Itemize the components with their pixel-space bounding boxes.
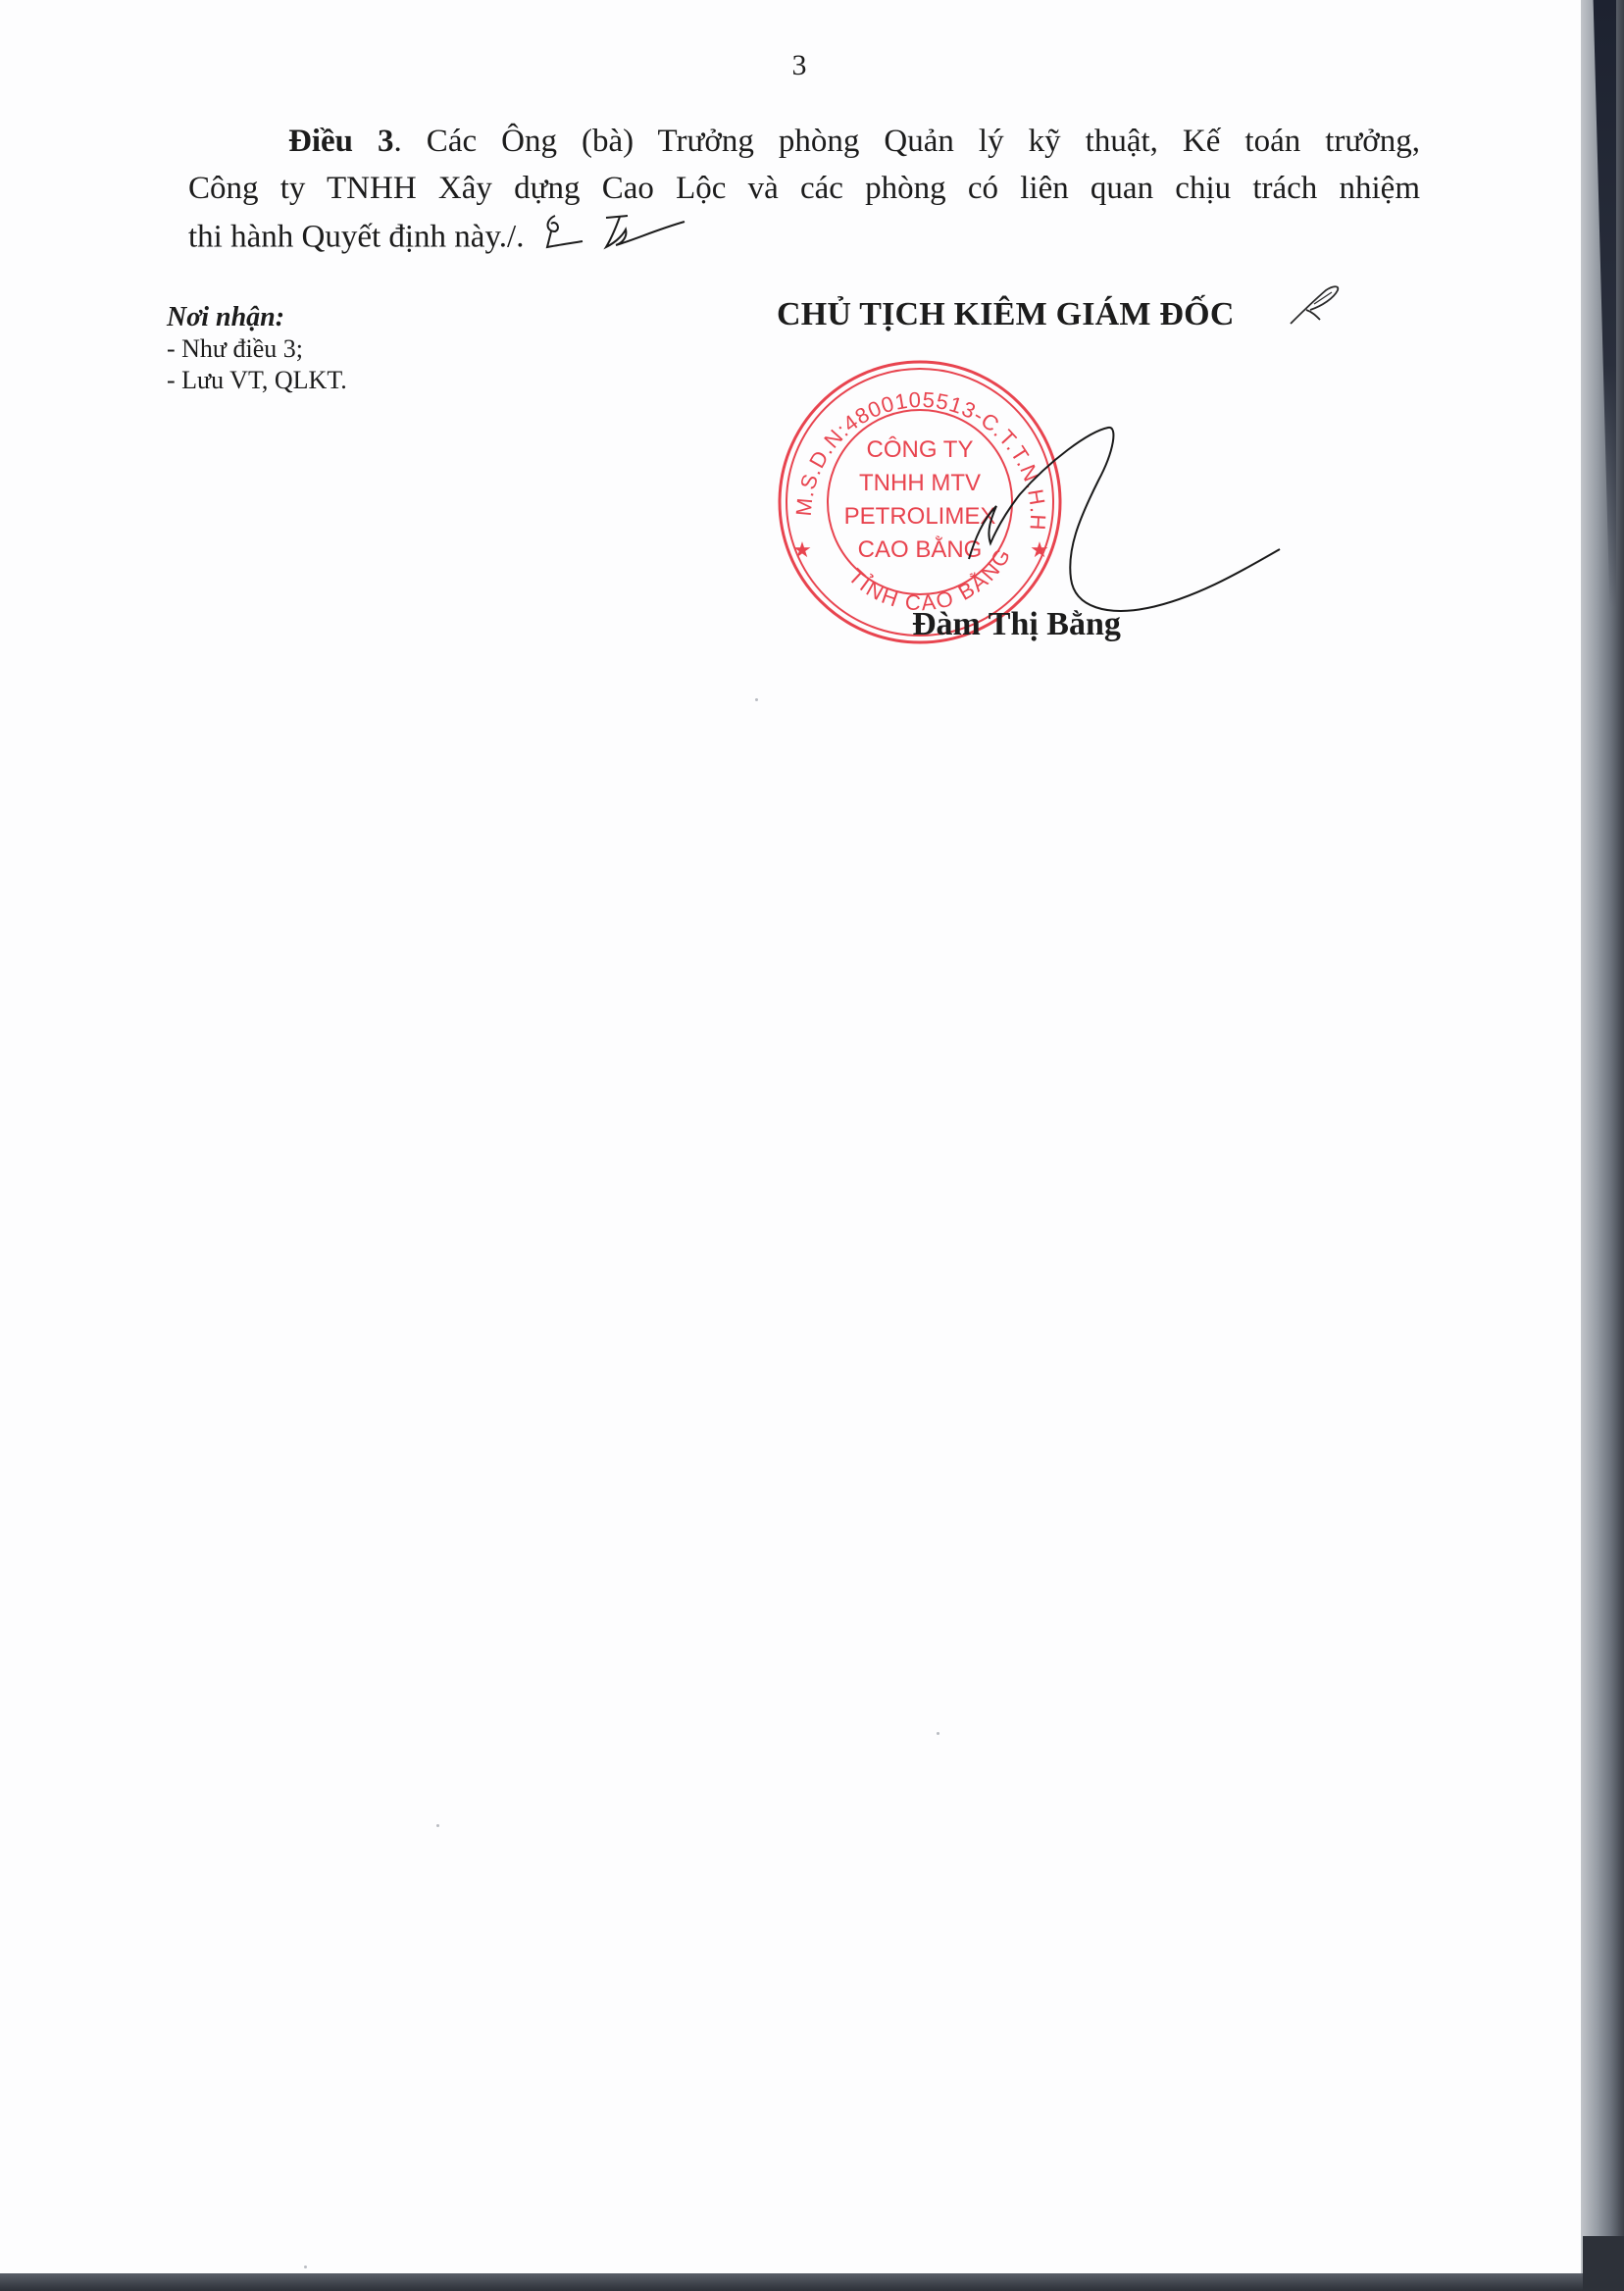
quill-initial-icon [1287, 280, 1345, 334]
scanner-edge-right [1581, 0, 1624, 2291]
signer-name: Đàm Thị Bằng [912, 606, 1121, 643]
article-label: Điều 3 [288, 124, 394, 159]
article-line-2: Công ty TNHH Xây dựng Cao Lộc và các phò… [188, 165, 1420, 212]
document-page: 3 Điều 3. Các Ông (bà) Trưởng phòng Quản… [0, 0, 1581, 2273]
scan-speck [304, 2266, 307, 2268]
article-text-1: . Các Ông (bà) Trưởng phòng Quản lý kỹ t… [394, 124, 1420, 159]
recipient-item: - Lưu VT, QLKT. [167, 365, 347, 396]
handwritten-signature [961, 422, 1285, 633]
page-number: 3 [0, 49, 1599, 82]
signatory-title: CHỦ TỊCH KIÊM GIÁM ĐỐC [777, 296, 1235, 333]
scan-speck [436, 1824, 439, 1827]
article-3: Điều 3. Các Ông (bà) Trưởng phòng Quản l… [188, 118, 1420, 267]
svg-text:★: ★ [792, 537, 812, 562]
article-text-3: thi hành Quyết định này./. [188, 220, 524, 255]
scanner-corner [1583, 2236, 1624, 2291]
article-line-1: Điều 3. Các Ông (bà) Trưởng phòng Quản l… [188, 118, 1420, 165]
recipient-item: - Như điều 3; [167, 333, 347, 365]
recipients-block: Nơi nhận: - Như điều 3; - Lưu VT, QLKT. [167, 302, 347, 396]
scan-speck [755, 698, 758, 701]
recipients-heading: Nơi nhận: [167, 302, 347, 333]
scan-speck [937, 1732, 939, 1735]
initials-signature-icon [537, 212, 704, 267]
svg-text:CÔNG TY: CÔNG TY [867, 435, 974, 463]
scanner-edge-bottom [0, 2273, 1624, 2291]
article-line-3: thi hành Quyết định này./. [188, 212, 1420, 267]
